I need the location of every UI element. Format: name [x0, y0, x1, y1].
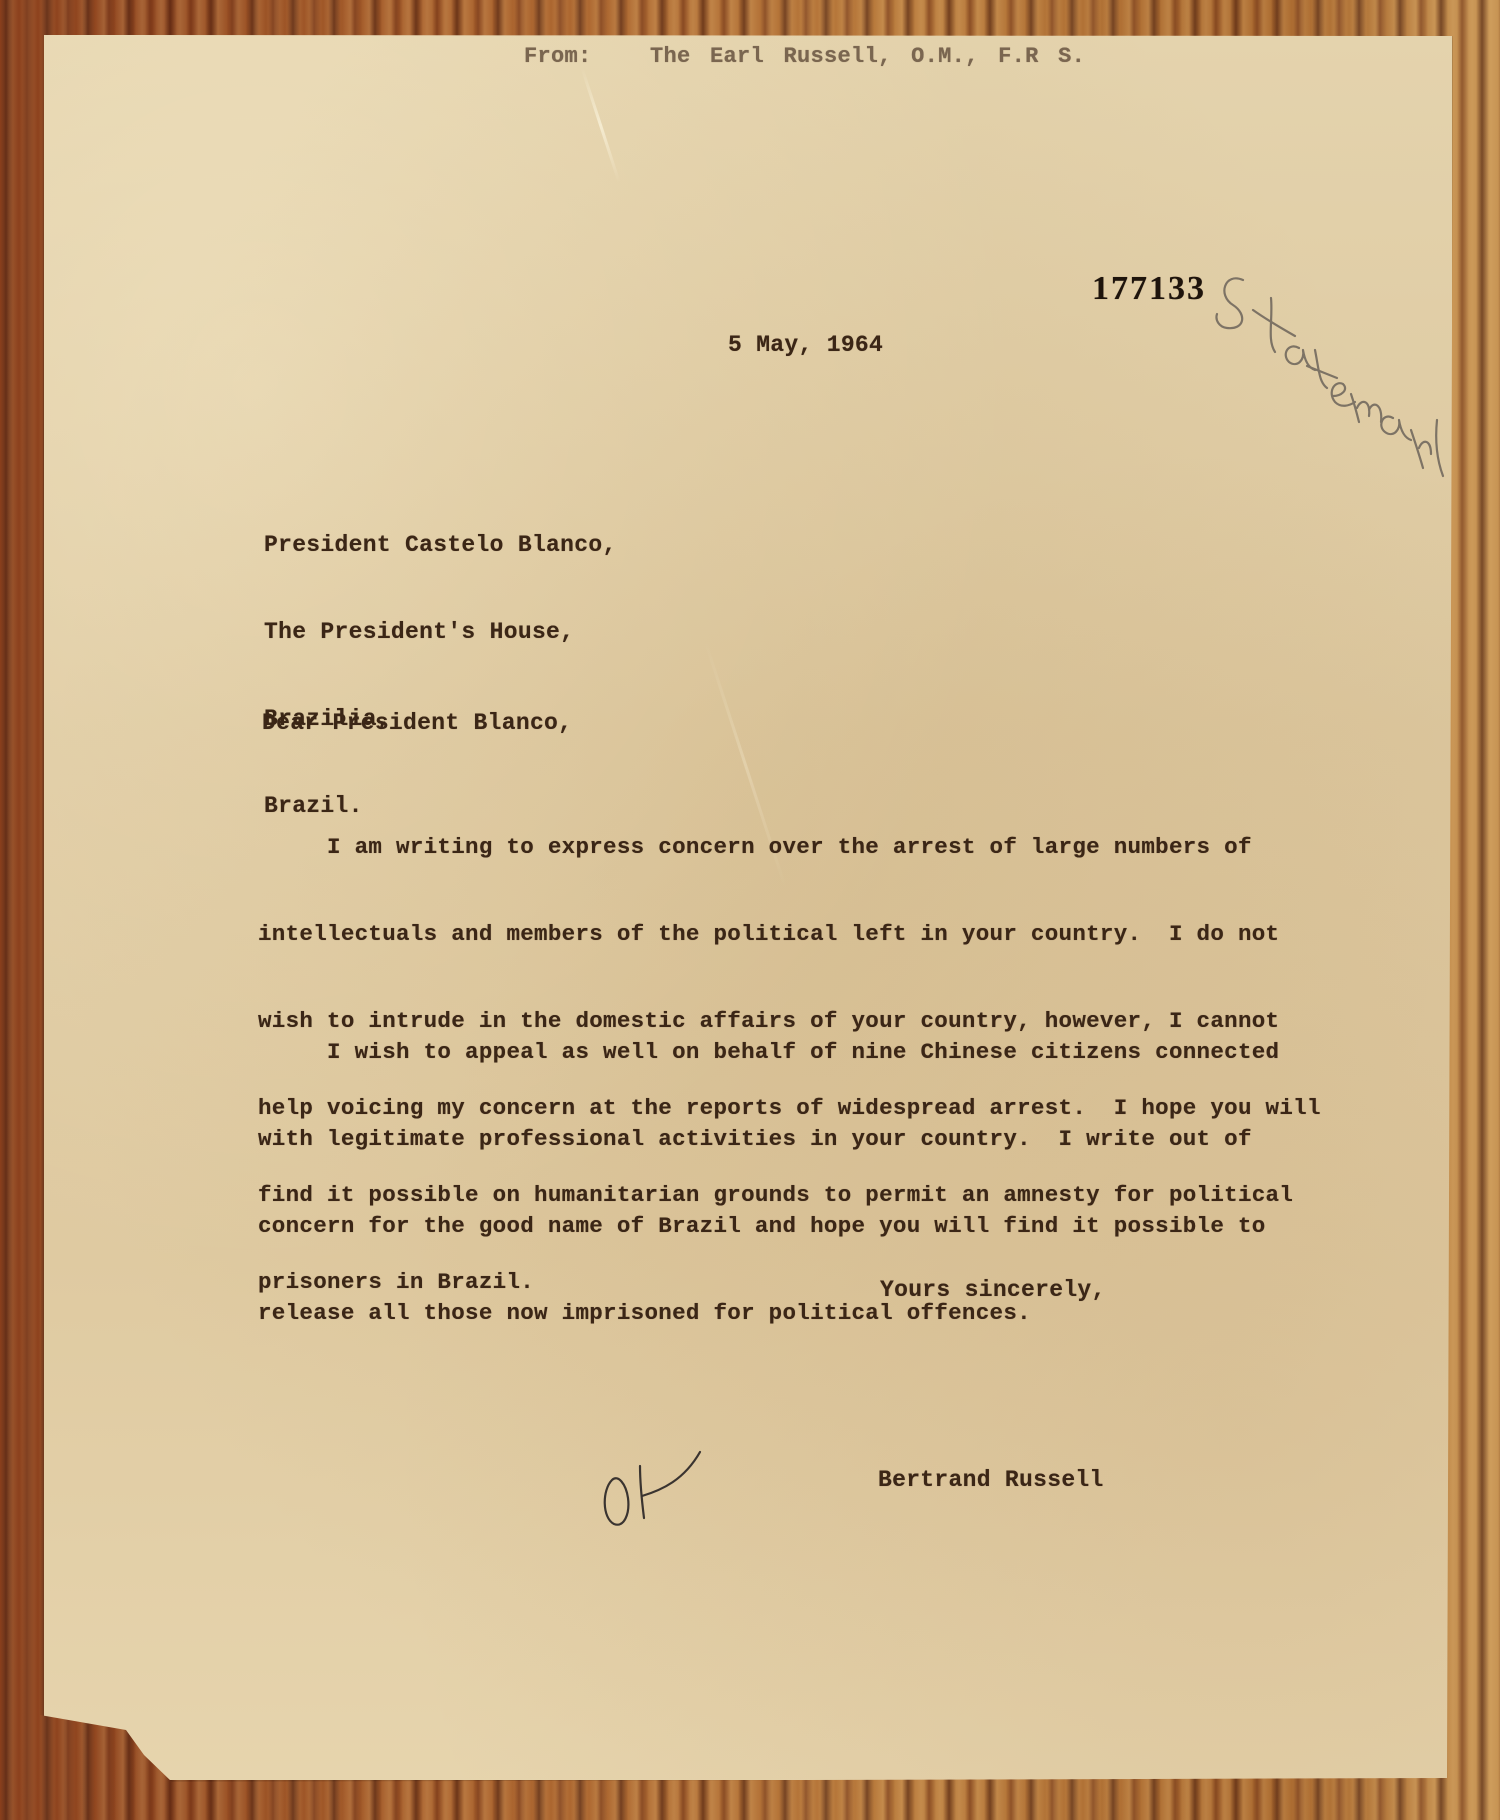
salutation: Dear President Blanco, — [262, 710, 572, 736]
body-line: with legitimate professional activities … — [258, 1125, 1279, 1154]
reference-number: 177133 — [1092, 270, 1206, 308]
body-line: release all those now imprisoned for pol… — [258, 1299, 1279, 1328]
letterhead: From: The Earl Russell, O.M., F.R S. — [524, 44, 1085, 69]
letterhead-sender: The Earl Russell, O.M., F.R S. — [650, 44, 1085, 69]
body-paragraph-2: I wish to appeal as well on behalf of ni… — [258, 980, 1279, 1357]
closing: Yours sincerely, — [880, 1277, 1106, 1303]
body-line: intellectuals and members of the politic… — [258, 920, 1321, 949]
address-line: The President's House, — [264, 618, 617, 647]
body-line: I wish to appeal as well on behalf of ni… — [258, 1038, 1279, 1067]
paper-crease — [581, 67, 621, 182]
body-line: I am writing to express concern over the… — [258, 833, 1321, 862]
letter-date: 5 May, 1964 — [728, 332, 883, 358]
signature-name: Bertrand Russell — [878, 1467, 1104, 1493]
address-line: President Castelo Blanco, — [264, 531, 617, 560]
letterhead-spacer — [592, 44, 651, 69]
letterhead-from-label: From: — [524, 44, 592, 69]
body-line: concern for the good name of Brazil and … — [258, 1212, 1279, 1241]
